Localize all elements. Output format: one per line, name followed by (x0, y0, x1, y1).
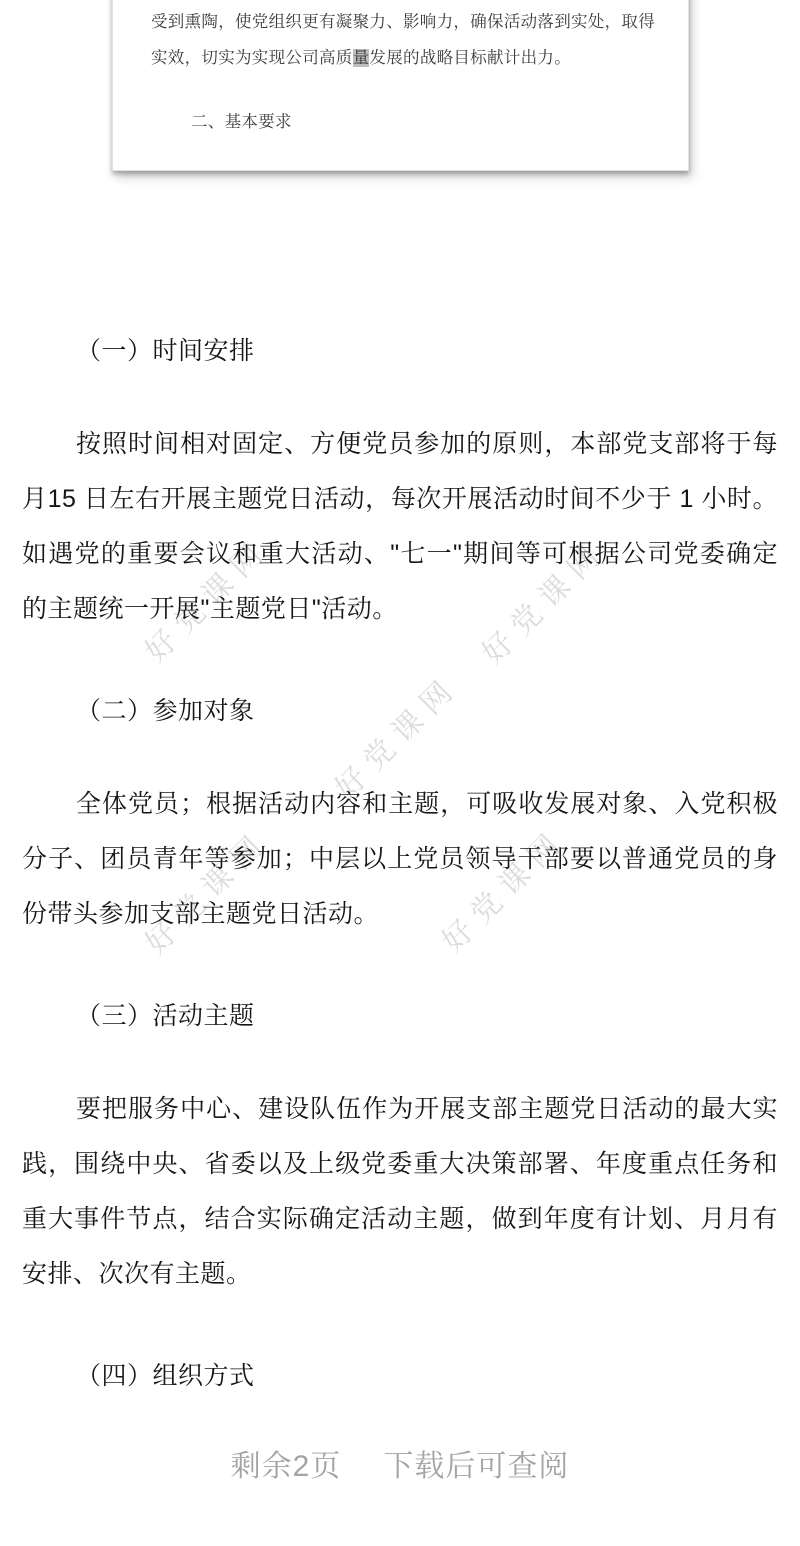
section-body-2: 全体党员；根据活动内容和主题，可吸收发展对象、入党积极分子、团员青年等参加；中层… (22, 777, 778, 942)
section-heading-1: （一）时间安排 (22, 324, 778, 379)
section-heading-4: （四）组织方式 (22, 1349, 778, 1404)
card-line2-prefix: 实效，切实为实现公司高质 (151, 49, 353, 67)
pagination-footer: 剩余2页下载后可查阅 (0, 1447, 800, 1487)
section-body-3: 要把服务中心、建设队伍作为开展支部主题党日活动的最大实践，围绕中央、省委以及上级… (22, 1082, 778, 1302)
card-paragraph-line-2: 实效，切实为实现公司高质量发展的战略目标献计出力。 (151, 40, 654, 76)
document-preview-page: 好党课网 好党课网 好党课网 好党课网 好党课网 受到熏陶，使党组织更有凝聚力、… (0, 0, 800, 1487)
download-hint-label: 下载后可查阅 (383, 1450, 569, 1483)
card-section-heading: 二、基本要求 (151, 104, 654, 140)
card-paragraph-line-1: 受到熏陶，使党组织更有凝聚力、影响力，确保活动落到实处，取得 (151, 4, 654, 40)
section-heading-2: （二）参加对象 (22, 684, 778, 739)
pages-remaining-label: 剩余2页 (231, 1450, 342, 1483)
highlighted-character: 量 (353, 49, 370, 67)
card-line2-suffix: 发展的战略目标献计出力。 (369, 49, 571, 67)
document-body: （一）时间安排 按照时间相对固定、方便党员参加的原则，本部党支部将于每月15 日… (0, 0, 800, 1404)
previous-page-card: 受到熏陶，使党组织更有凝聚力、影响力，确保活动落到实处，取得 实效，切实为实现公… (112, 0, 689, 171)
section-body-1: 按照时间相对固定、方便党员参加的原则，本部党支部将于每月15 日左右开展主题党日… (22, 417, 778, 637)
section-heading-3: （三）活动主题 (22, 989, 778, 1044)
